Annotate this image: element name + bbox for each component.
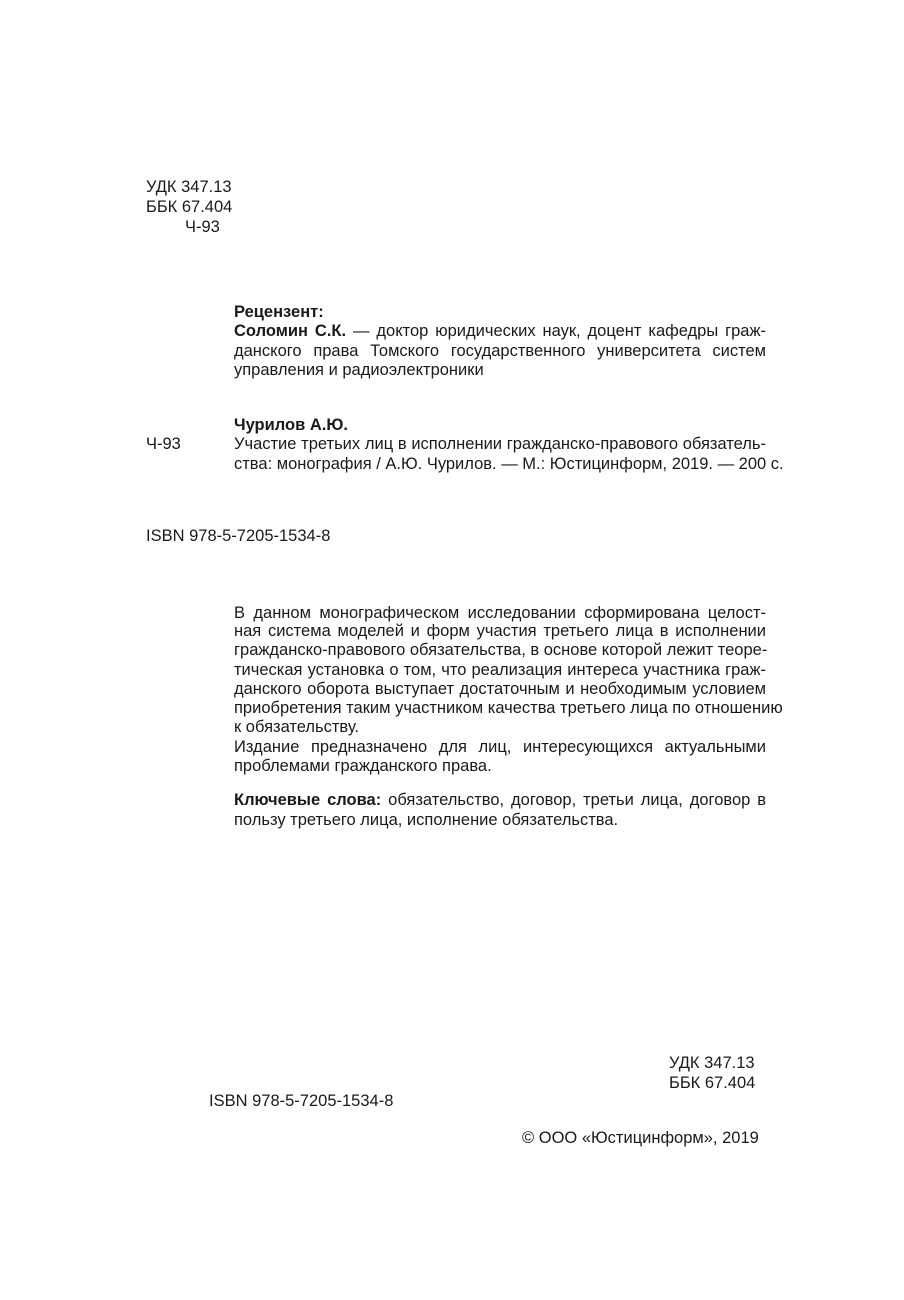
abstract-line: гражданско-правового обязательства, в ос… bbox=[234, 641, 766, 660]
bbk-code-bottom: ББК 67.404 bbox=[669, 1073, 755, 1093]
audience-line: Издание предназначено для лиц, интересую… bbox=[234, 738, 766, 757]
reviewer-line-2: данского права Томского государственного… bbox=[234, 341, 766, 361]
copyright: © ООО «Юстицинформ», 2019 bbox=[522, 1128, 759, 1148]
abstract-line: к обязательству. bbox=[234, 718, 766, 737]
abstract-line: ная система моделей и форм участия треть… bbox=[234, 622, 766, 641]
reviewer-heading: Рецензент: bbox=[234, 302, 324, 322]
udk-code: УДК 347.13 bbox=[146, 177, 232, 197]
reviewer-desc: — доктор юридических наук, доцент кафедр… bbox=[346, 322, 766, 340]
bib-title-line-1: Участие третьих лиц в исполнении граждан… bbox=[234, 434, 766, 454]
abstract-body: ная система моделей и форм участия треть… bbox=[234, 622, 766, 776]
audience-line: проблемами гражданского права. bbox=[234, 757, 766, 776]
abstract-line: приобретения таким участником качества т… bbox=[234, 699, 766, 718]
author-mark: Ч-93 bbox=[185, 217, 220, 237]
reviewer-line-1: Соломин С.К. — доктор юридических наук, … bbox=[234, 321, 766, 341]
abstract: В данном монографическом исследовании сф… bbox=[234, 603, 766, 623]
abstract-line: данского оборота выступает достаточным и… bbox=[234, 680, 766, 699]
keywords-label: Ключевые слова: bbox=[234, 791, 381, 809]
author-name: Чурилов А.Ю. bbox=[234, 415, 348, 435]
keywords-line-1: Ключевые слова: обязательство, договор, … bbox=[234, 790, 766, 810]
keywords-line-2: пользу третьего лица, исполнение обязате… bbox=[234, 810, 618, 830]
isbn-bottom: ISBN 978-5-7205-1534-8 bbox=[209, 1091, 393, 1111]
bib-author-mark: Ч-93 bbox=[146, 434, 181, 454]
udk-code-bottom: УДК 347.13 bbox=[669, 1053, 755, 1073]
isbn-top: ISBN 978-5-7205-1534-8 bbox=[146, 526, 330, 546]
bib-title-line-2: ства: монография / А.Ю. Чурилов. — М.: Ю… bbox=[234, 454, 784, 474]
abstract-line: тическая установка о том, что реализация… bbox=[234, 661, 766, 680]
abstract-line: В данном монографическом исследовании сф… bbox=[234, 603, 766, 623]
reviewer-line-3: управления и радиоэлектроники bbox=[234, 360, 484, 380]
keywords-text: обязательство, договор, третьи лица, дог… bbox=[381, 791, 766, 809]
reviewer-block: Соломин С.К. — доктор юридических наук, … bbox=[234, 321, 766, 341]
bbk-code: ББК 67.404 bbox=[146, 197, 232, 217]
reviewer-name: Соломин С.К. bbox=[234, 322, 346, 340]
